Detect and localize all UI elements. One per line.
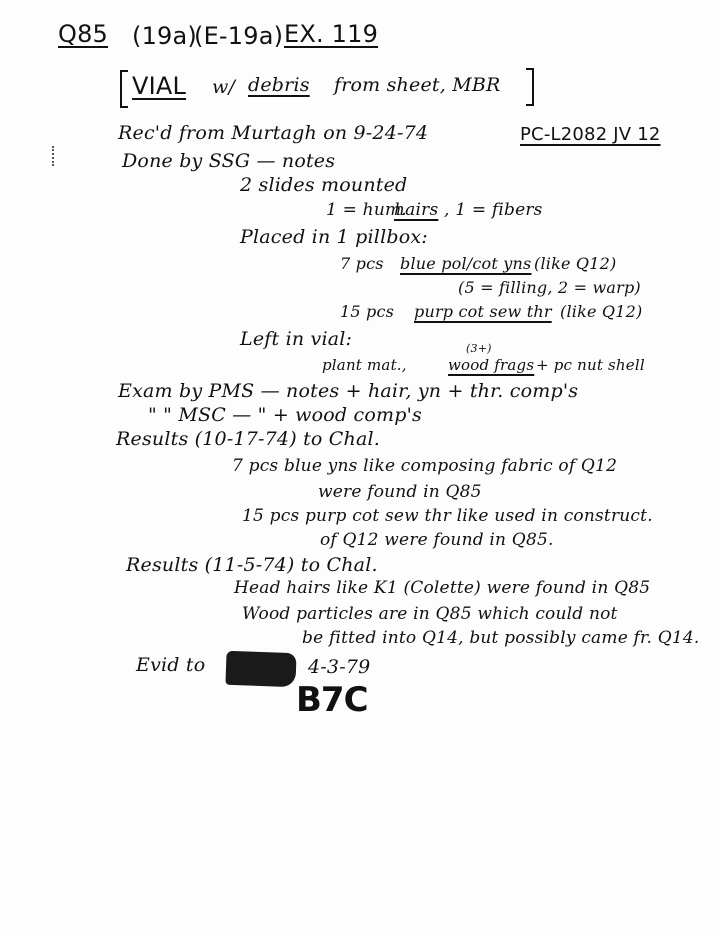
results-1-c: 15 pcs purp cot sew thr like used in con… (242, 506, 653, 526)
reference-e19a: (E-19a) (194, 22, 283, 50)
b7c-exemption-mark: B7C (296, 680, 368, 720)
results-2-a: Head hairs like K1 (Colette) were found … (234, 578, 650, 598)
results-1-d: of Q12 were found in Q85. (320, 530, 554, 550)
margin-marks (52, 146, 58, 166)
left-bracket (120, 70, 128, 108)
evidence-date: 4-3-79 (308, 656, 370, 678)
vial-annotation: (3+) (466, 342, 492, 355)
pcs15-underlined: purp cot sew thr (414, 302, 552, 321)
results-1-heading: Results (10-17-74) to Chal. (116, 428, 380, 450)
redaction-block (225, 651, 296, 687)
pcs15-b: (like Q12) (560, 302, 642, 321)
item-number: Q85 (58, 20, 108, 48)
slides-line: 2 slides mounted (240, 174, 407, 196)
reference-19a: (19a) (132, 22, 197, 50)
description-vial: VIAL (132, 72, 186, 100)
vial-contents-underlined: wood frags (448, 356, 534, 374)
results-2-c: be fitted into Q14, but possibly came fr… (302, 628, 700, 648)
slides-detail-b: , 1 = fibers (444, 200, 543, 220)
description-debris: debris (248, 74, 310, 96)
exam-pms-line: Exam by PMS — notes + hair, yn + thr. co… (118, 380, 578, 402)
vial-contents-a: plant mat., (322, 356, 407, 374)
pcs7-underlined: blue pol/cot yns (400, 254, 531, 273)
exhibit-number: EX. 119 (284, 20, 378, 48)
right-bracket (526, 68, 534, 106)
case-number: PC-L2082 JV 12 (520, 124, 661, 145)
pcs7-b: (like Q12) (534, 254, 616, 273)
description-source: from sheet, MBR (334, 74, 501, 96)
results-2-heading: Results (11-5-74) to Chal. (126, 554, 378, 576)
placed-line: Placed in 1 pillbox: (240, 226, 428, 248)
results-1-a: 7 pcs blue yns like composing fabric of … (232, 456, 617, 476)
description-with: w/ (212, 76, 235, 98)
pcs7-a: 7 pcs (340, 254, 384, 273)
scanned-document-page: Q85 (19a) (E-19a) EX. 119 VIAL w/ debris… (0, 0, 720, 936)
done-by-line: Done by SSG — notes (122, 150, 335, 172)
exam-msc-line: " " MSC — " + wood comp's (148, 404, 422, 426)
slides-detail-hairs: hairs (394, 200, 438, 220)
pcs7-detail: (5 = filling, 2 = warp) (458, 278, 641, 297)
received-line: Rec'd from Murtagh on 9-24-74 (118, 122, 428, 144)
pcs15-a: 15 pcs (340, 302, 394, 321)
vial-contents-b: + pc nut shell (536, 356, 645, 374)
evidence-to-label: Evid to (136, 654, 205, 676)
results-1-b: were found in Q85 (318, 482, 482, 502)
results-2-b: Wood particles are in Q85 which could no… (242, 604, 618, 624)
left-in-vial-line: Left in vial: (240, 328, 352, 350)
